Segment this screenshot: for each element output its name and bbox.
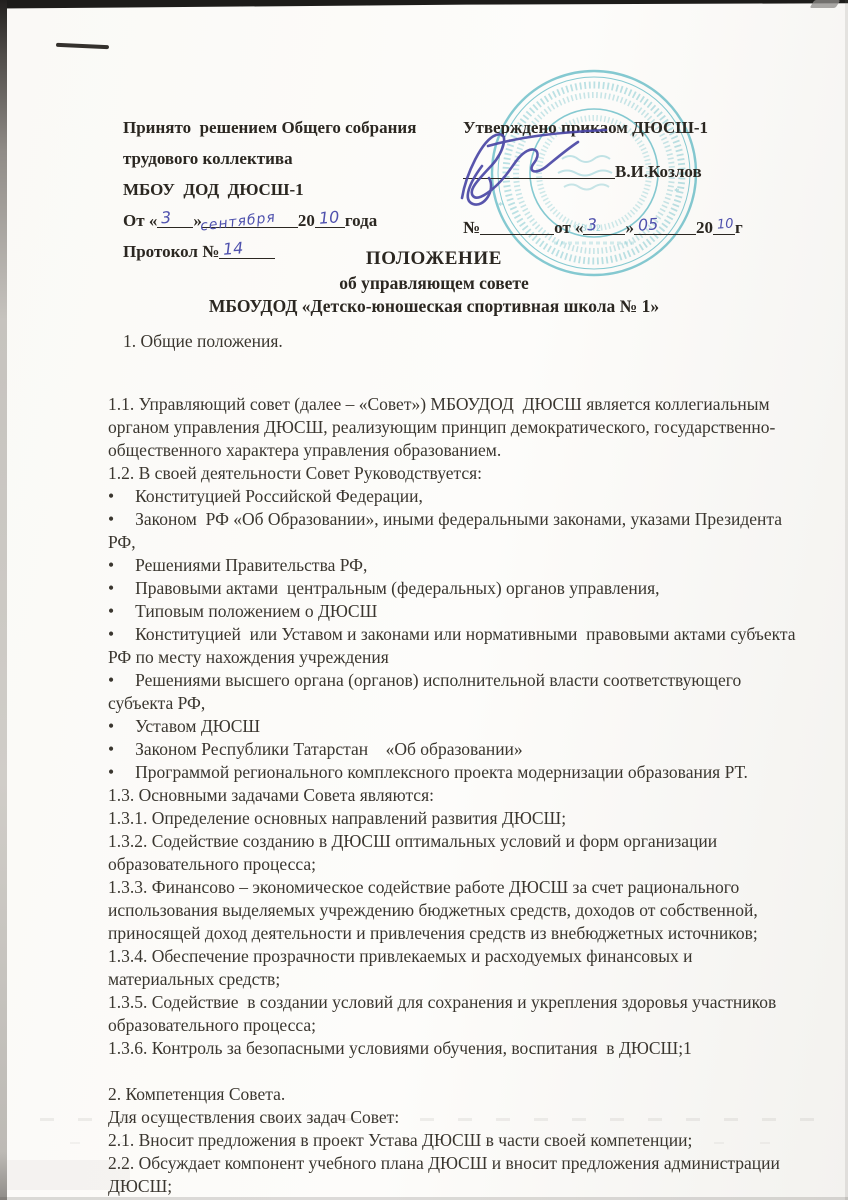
doc-bullet-item: • Конституцией Российской Федерации, <box>108 485 802 508</box>
doc-bullet-item: • Конституцией или Уставом и законами ил… <box>108 623 802 669</box>
doc-paragraph: 1.3. Основными задачами Совета являются: <box>108 784 802 807</box>
doc-bullet-item: • Законом РФ «Об Образовании», иными фед… <box>108 508 802 554</box>
spacer <box>108 353 802 393</box>
document-body: 1. Общие положения.1.1. Управляющий сове… <box>108 330 802 1198</box>
adopted-line-3: МБОУ ДОД ДЮСШ-1 <box>123 174 473 205</box>
doc-paragraph: 1.3.5. Содействие в создании условий для… <box>108 991 802 1037</box>
doc-paragraph: 1.3.2. Содействие созданию в ДЮСШ оптима… <box>108 830 802 876</box>
date-prefix-label: От « <box>123 211 157 230</box>
spacer <box>108 1060 802 1083</box>
title-line-2: об управляющем совете <box>84 272 784 295</box>
year-prefix-label: 20 <box>298 211 315 230</box>
blank-underline: 05 <box>634 220 696 235</box>
handwritten-year: 10 <box>717 217 734 231</box>
doc-paragraph: 1.1. Управляющий совет (далее – «Совет»)… <box>108 393 802 462</box>
scan-edge-left <box>0 0 7 1200</box>
doc-bullet-item: • Законом Республики Татарстан «Об образ… <box>108 738 802 761</box>
doc-paragraph: 1. Общие положения. <box>108 330 802 353</box>
handwritten-month: 05 <box>637 216 658 233</box>
doc-paragraph: Для осуществления своих задач Совет: <box>108 1106 802 1129</box>
doc-paragraph: 1.3.6. Контроль за безопасными условиями… <box>108 1037 802 1060</box>
year-suffix-label: года <box>345 211 377 230</box>
doc-bullet-item: • Уставом ДЮСШ <box>108 715 802 738</box>
order-number-line: №от «3»052010г <box>463 212 793 243</box>
blank-underline: 3 <box>157 213 193 228</box>
handwritten-year: 10 <box>318 209 339 226</box>
blank-underline: сентября <box>202 213 298 228</box>
doc-paragraph: 2.1. Вносит предложения в проект Устава … <box>108 1129 802 1152</box>
blank-underline <box>480 220 554 235</box>
pen-mark <box>56 43 109 49</box>
doc-bullet-item: • Решениями высшего органа (органов) исп… <box>108 669 802 715</box>
year-suffix-label: г <box>735 218 743 237</box>
doc-bullet-item: • Программой регионального комплексного … <box>108 761 802 784</box>
blank-underline: 3 <box>583 220 625 235</box>
title-line-3: МБОУДОД «Детско-юношеская спортивная шко… <box>84 295 784 318</box>
blank-underline: 10 <box>713 220 735 235</box>
doc-paragraph: 2.2. Обсуждает компонент учебного плана … <box>108 1152 802 1198</box>
adopted-block: Принято решением Общего собрания трудово… <box>123 112 473 267</box>
doc-bullet-item: • Правовыми актами центральным (федераль… <box>108 577 802 600</box>
doc-paragraph: 1.3.3. Финансово – экономическое содейст… <box>108 876 802 945</box>
title-line-1: ПОЛОЖЕНИЕ <box>84 246 784 272</box>
scan-edge-top <box>0 0 848 9</box>
from-label: от « <box>554 218 583 237</box>
doc-paragraph: 2. Компетенция Совета. <box>108 1083 802 1106</box>
adopted-line-1: Принято решением Общего собрания <box>123 112 473 143</box>
close-label: » <box>625 218 634 237</box>
doc-paragraph: 1.3.4. Обеспечение прозрачности привлека… <box>108 945 802 991</box>
doc-bullet-item: • Типовым положением о ДЮСШ <box>108 600 802 623</box>
handwritten-day: 3 <box>587 217 598 234</box>
scan-corner-mark <box>810 0 841 8</box>
signer-name: В.И.Козлов <box>615 162 702 181</box>
handwritten-day: 3 <box>161 210 172 227</box>
doc-paragraph: 1.2. В своей деятельности Совет Руководс… <box>108 462 802 485</box>
document-title: ПОЛОЖЕНИЕ об управляющем совете МБОУДОД … <box>84 246 784 318</box>
doc-bullet-item: • Решениями Правительства РФ, <box>108 554 802 577</box>
doc-paragraph: 1.3.1. Определение основных направлений … <box>108 807 802 830</box>
signature-ink <box>448 120 618 212</box>
adopted-date-line: От «3»сентября2010года <box>123 205 473 236</box>
year-prefix-label: 20 <box>696 218 713 237</box>
adopted-line-2: трудового коллектива <box>123 143 473 174</box>
number-label: № <box>463 218 480 237</box>
handwritten-month: сентября <box>199 210 276 233</box>
blank-underline: 10 <box>315 213 345 228</box>
